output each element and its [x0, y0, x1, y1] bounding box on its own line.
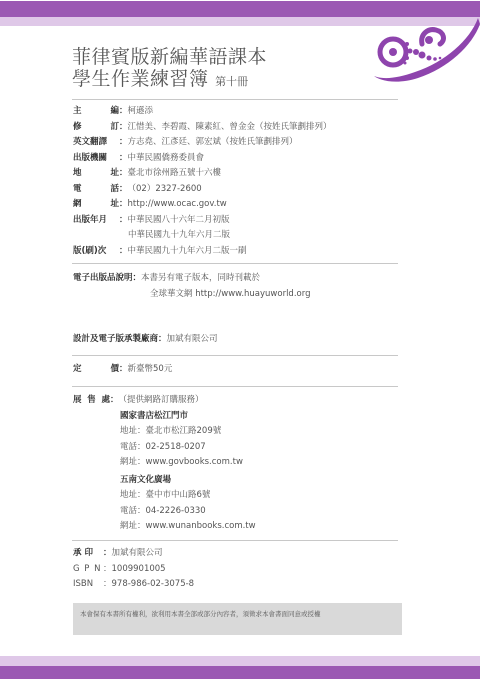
price-label: 定價: [73, 362, 119, 378]
credit-label: 地址: [73, 166, 119, 182]
design-value: 加斌有限公司: [167, 332, 218, 348]
credit-row: 版(刷)次：中華民國九十九年六月二版一刷: [73, 244, 332, 260]
credit-value: 柯遜添: [128, 104, 154, 120]
credit-row: 主編：柯遜添: [73, 104, 332, 120]
website-link[interactable]: http://www.ocac.gov.tw: [128, 197, 227, 213]
design-label: 設計及電子版承製廠商：: [73, 332, 167, 348]
credit-value: 方志堯、江彥廷、郭宏斌（按姓氏筆劃排列）: [128, 135, 298, 151]
store-website[interactable]: 網址：www.wunanbooks.com.tw: [120, 519, 256, 535]
ebook-line-2[interactable]: 全球華文網 http://www.huayuworld.org: [150, 287, 310, 303]
credit-label: 版(刷)次: [73, 244, 119, 260]
credit-row: 英文翻譯：方志堯、江彥廷、郭宏斌（按姓氏筆劃排列）: [73, 135, 332, 151]
credit-row: 中華民國九十九年六月二版: [73, 228, 332, 244]
design-section: 設計及電子版承製廠商：加斌有限公司: [73, 332, 218, 348]
gpn-value: 1009901005: [112, 562, 166, 578]
credit-row: 出版年月：中華民國八十六年二月初版: [73, 213, 332, 229]
credit-value: 中華民國九十九年六月二版: [120, 228, 230, 244]
credit-value: 臺北市徐州路五號十六樓: [128, 166, 222, 182]
credit-value: （02）2327-2600: [128, 182, 202, 198]
credit-row: 網址：http://www.ocac.gov.tw: [73, 197, 332, 213]
isbn-label: ISBN: [73, 577, 103, 593]
sales-note: （提供網路訂購服務）: [119, 393, 204, 409]
store-name: 五南文化廣場: [120, 473, 256, 489]
divider: [72, 263, 398, 264]
title-line-1: 菲律賓版新編華語課本: [72, 46, 267, 68]
store-address: 地址：臺中市中山路6號: [120, 488, 256, 504]
store-phone: 電話：04-2226-0330: [120, 504, 256, 520]
price-section: 定價：新臺幣50元: [73, 362, 172, 378]
swirl-ornament-icon: [360, 0, 480, 90]
credit-label: 網址: [73, 197, 119, 213]
credit-value: 中華民國八十六年二月初版: [128, 213, 230, 229]
printer-value: 加斌有限公司: [112, 546, 163, 562]
sales-section: 展售處：（提供網路訂購服務） 國家書店松江門市 地址：臺北市松江路209號 電話…: [73, 393, 256, 535]
title-line-2: 學生作業練習簿 第十冊: [72, 68, 267, 93]
gpn-label: G P N: [73, 562, 103, 578]
printer-label: 承 印: [73, 546, 103, 562]
title-line-2-text: 學生作業練習簿: [72, 68, 209, 90]
ebook-section: 電子出版品說明：本書另有電子版本，同時刊載於 全球華文網 http://www.…: [73, 271, 310, 302]
isbn-value: 978-986-02-3075-8: [112, 577, 195, 593]
divider: [72, 540, 398, 541]
bottom-band-dark: [0, 666, 480, 679]
credit-value: 中華民國僑務委員會: [128, 151, 205, 167]
divider: [72, 386, 398, 387]
store-name: 國家書店松江門市: [120, 409, 256, 425]
credits-section: 主編：柯遜添 修訂：江惜美、李碧霞、陳素紅、曾金金（按姓氏筆劃排列） 英文翻譯：…: [73, 104, 332, 259]
credit-row: 地址：臺北市徐州路五號十六樓: [73, 166, 332, 182]
credit-value: 中華民國九十九年六月二版一刷: [128, 244, 247, 260]
store-item: 五南文化廣場 地址：臺中市中山路6號 電話：04-2226-0330 網址：ww…: [73, 473, 256, 535]
divider: [72, 99, 398, 100]
credit-label: 電話: [73, 182, 119, 198]
credit-row: 出版機關：中華民國僑務委員會: [73, 151, 332, 167]
store-address: 地址：臺北市松江路209號: [120, 424, 256, 440]
bottom-band-light: [0, 656, 480, 666]
price-value: 新臺幣50元: [128, 362, 173, 378]
credit-label: 出版機關: [73, 151, 119, 167]
copyright-notice: 本會保有本書所有權利，欲利用本書全部或部分內容者，須徵求本會書面同意或授權: [73, 603, 402, 635]
ebook-label: 電子出版品說明：: [73, 271, 141, 287]
credit-value: 江惜美、李碧霞、陳素紅、曾金金（按姓氏筆劃排列）: [128, 120, 332, 136]
store-item: 國家書店松江門市 地址：臺北市松江路209號 電話：02-2518-0207 網…: [73, 409, 256, 471]
credit-row: 修訂：江惜美、李碧霞、陳素紅、曾金金（按姓氏筆劃排列）: [73, 120, 332, 136]
sales-label: 展售處: [73, 393, 110, 409]
volume-label: 第十冊: [215, 75, 248, 88]
credit-label: 英文翻譯: [73, 135, 119, 151]
credit-label: 主編: [73, 104, 119, 120]
printing-section: 承 印：加斌有限公司 G P N：1009901005 ISBN：978-986…: [73, 546, 194, 593]
store-website[interactable]: 網址：www.govbooks.com.tw: [120, 455, 256, 471]
store-phone: 電話：02-2518-0207: [120, 440, 256, 456]
divider: [72, 355, 398, 356]
book-title: 菲律賓版新編華語課本 學生作業練習簿 第十冊: [72, 46, 267, 93]
ebook-line-1: 本書另有電子版本，同時刊載於: [141, 271, 260, 287]
credit-row: 電話：（02）2327-2600: [73, 182, 332, 198]
credit-label: 修訂: [73, 120, 119, 136]
credit-label: 出版年月: [73, 213, 119, 229]
